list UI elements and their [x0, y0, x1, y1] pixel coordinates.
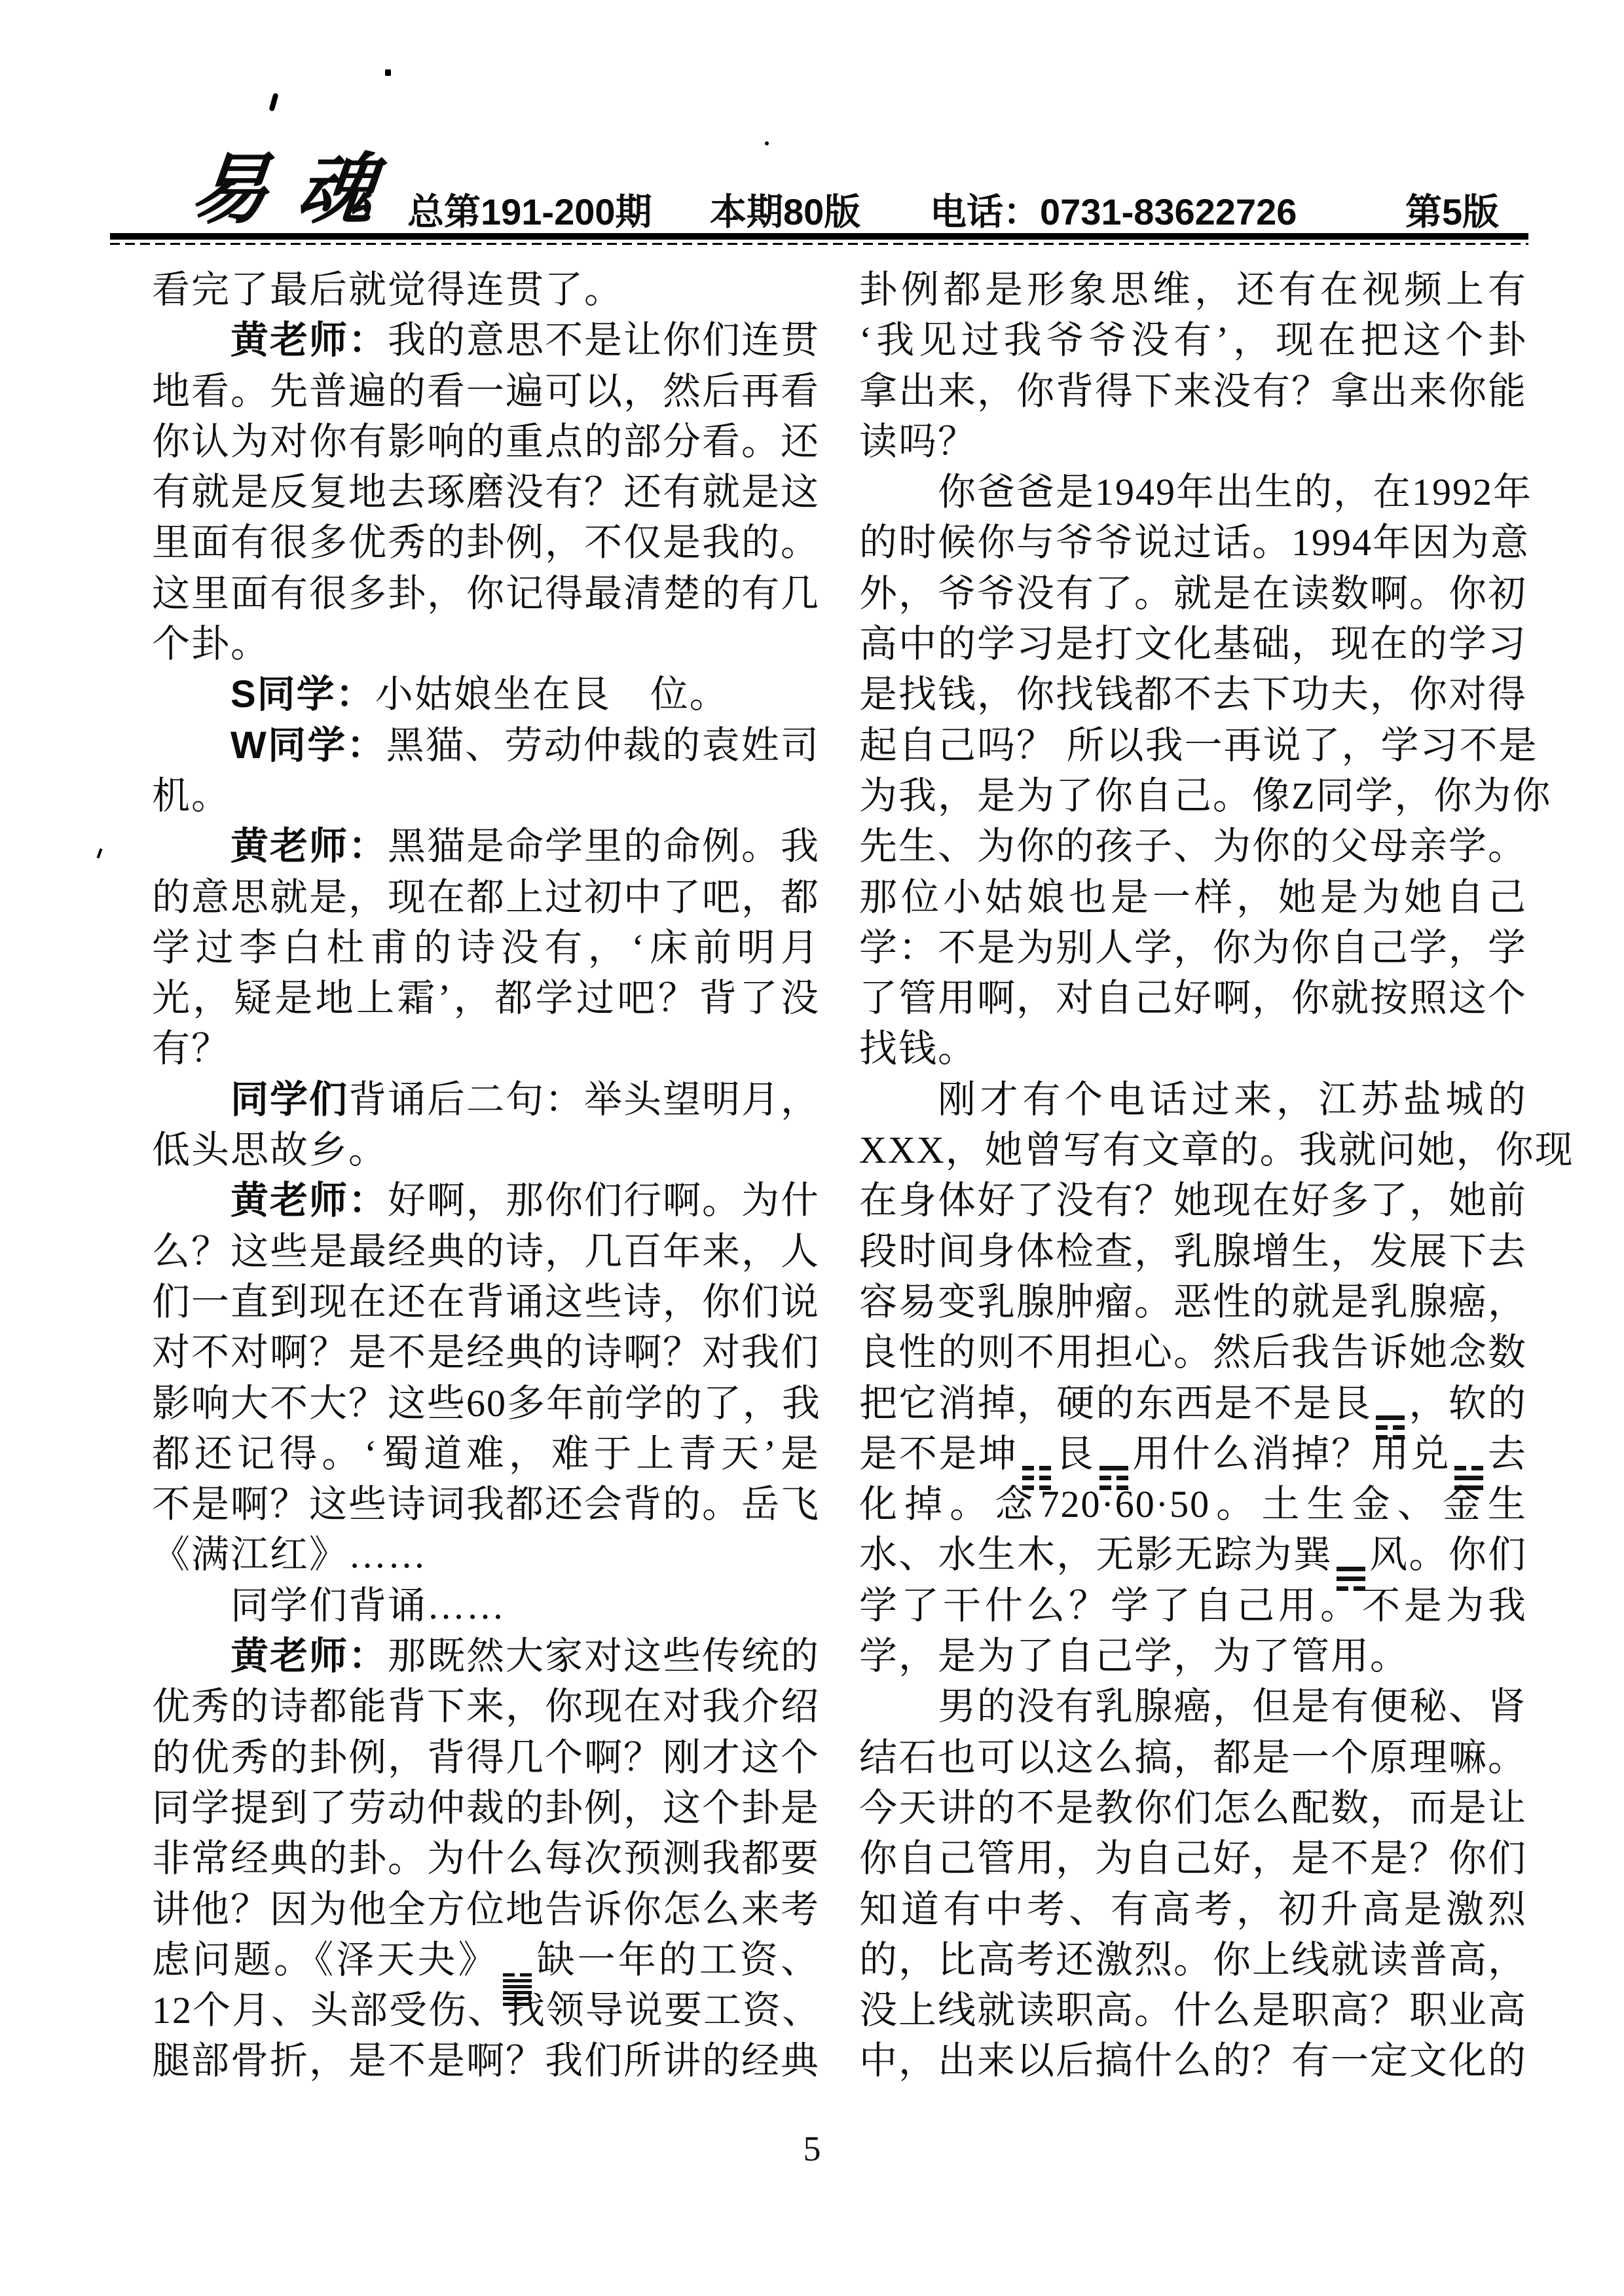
text-line: 今天讲的不是教你们怎么配数，而是让	[859, 1783, 1527, 1833]
speaker-label: 黄老师：	[231, 319, 388, 361]
text-line: 黄老师：好啊，那你们行啊。为什	[152, 1175, 820, 1226]
text-line: 那位小姑娘也是一样，她是为她自己	[859, 872, 1527, 922]
text-line: 你自己管用，为自己好，是不是？你们	[859, 1833, 1527, 1884]
header-rule-thick	[110, 233, 1528, 240]
speaker-label: W同学：	[231, 724, 386, 767]
text-line: 了管用啊，对自己好啊，你就按照这个	[859, 973, 1527, 1023]
header-rule-thin	[110, 243, 1528, 245]
text-line: 同学们背诵后二句：举头望明月，	[152, 1074, 820, 1125]
text-line: 不是啊？这些诗词我都还会背的。岳飞	[152, 1479, 820, 1529]
text-line: 是找钱，你找钱都不去下功夫，你对得	[859, 669, 1527, 720]
text-line: 同学提到了劳动仲裁的卦例，这个卦是	[152, 1783, 820, 1833]
masthead-title: 易魂	[187, 152, 407, 229]
speaker-label: 黄老师：	[231, 1635, 388, 1677]
text-line: 学了干什么？学了自己用。不是为我	[859, 1580, 1527, 1631]
text-line: 讲他？因为他全方位地告诉你怎么来考	[152, 1884, 820, 1935]
speaker-label: 同学们	[231, 1078, 348, 1121]
text-line: 优秀的诗都能背下来，你现在对我介绍	[152, 1681, 820, 1732]
page-label: 第5版	[1405, 194, 1499, 230]
text-line: 虑问题。《泽天夬》缺一年的工资、	[152, 1935, 820, 1985]
speaker-label: S同学：	[231, 673, 375, 716]
text-line: 学：不是为别人学，你为你自己学，学	[859, 922, 1527, 973]
text-line: 看完了最后就觉得连贯了。	[152, 264, 820, 315]
text-line: 同学们背诵……	[152, 1580, 820, 1631]
scan-speck	[268, 92, 278, 111]
text-line: 你认为对你有影响的重点的部分看。还	[152, 416, 820, 467]
text-line: 为我，是为了你自己。像Z同学，你为你	[859, 771, 1527, 821]
text-line: 在身体好了没有？她现在好多了，她前	[859, 1175, 1527, 1226]
text-line: 高中的学习是打文化基础，现在的学习	[859, 619, 1527, 669]
text-line: 的，比高考还激烈。你上线就读普高，	[859, 1935, 1527, 1985]
text-line: 都还记得。‘蜀道难，难于上青天’是	[152, 1429, 820, 1479]
text-line: 影响大不大？这些60多年前学的了，我	[152, 1378, 820, 1429]
text-line: 腿部骨折，是不是啊？我们所讲的经典	[152, 2035, 820, 2086]
text-line: 有就是反复地去琢磨没有？还有就是这	[152, 467, 820, 517]
text-line: 先生、为你的孩子、为你的父母亲学。	[859, 821, 1527, 871]
text-line: 的意思就是，现在都上过初中了吧，都	[152, 872, 820, 922]
text-line: 《满江红》……	[152, 1529, 820, 1580]
scan-speck	[97, 848, 103, 858]
edition-label: 本期80版	[710, 194, 860, 230]
page-number: 5	[0, 2129, 1624, 2168]
text-line: 卦例都是形象思维，还有在视频上有	[859, 264, 1527, 315]
scan-speck	[385, 69, 391, 76]
text-line: 学过李白杜甫的诗没有，‘床前明月	[152, 922, 820, 973]
text-line: 是不是坤艮用什么消掉？用兑去	[859, 1429, 1527, 1479]
text-line: 有？	[152, 1023, 820, 1074]
text-line: 对不对啊？是不是经典的诗啊？对我们	[152, 1327, 820, 1377]
phone-label: 电话：0731-83622726	[930, 194, 1297, 230]
speaker-label: 黄老师：	[231, 825, 388, 867]
text-line: S同学：小姑娘坐在艮 位。	[152, 669, 820, 720]
text-line: 没上线就读职高。什么是职高？职业高	[859, 1985, 1527, 2035]
text-line: 么？这些是最经典的诗，几百年来，人	[152, 1226, 820, 1277]
text-line: 12个月、头部受伤、找领导说要工资、	[152, 1985, 820, 2035]
text-line: XXX，她曾写有文章的。我就问她，你现	[859, 1125, 1527, 1175]
text-line: 结石也可以这么搞，都是一个原理嘛。	[859, 1732, 1527, 1783]
left-column: 看完了最后就觉得连贯了。黄老师：我的意思不是让你们连贯地看。先普遍的看一遍可以，…	[152, 264, 820, 2086]
text-line: 的时候你与爷爷说过话。1994年因为意	[859, 517, 1527, 568]
text-line: 机。	[152, 771, 820, 821]
text-line: 知道有中考、有高考，初升高是激烈	[859, 1884, 1527, 1935]
text-line: 低头思故乡。	[152, 1125, 820, 1175]
right-column: 卦例都是形象思维，还有在视频上有‘我见过我爷爷没有’，现在把这个卦拿出来，你背得…	[859, 264, 1527, 2086]
text-line: 黄老师：我的意思不是让你们连贯	[152, 315, 820, 365]
text-line: 段时间身体检查，乳腺增生，发展下去	[859, 1226, 1527, 1277]
text-line: 里面有很多优秀的卦例，不仅是我的。	[152, 517, 820, 568]
text-line: 容易变乳腺肿瘤。恶性的就是乳腺癌，	[859, 1277, 1527, 1327]
text-line: 起自己吗？ 所以我一再说了，学习不是	[859, 720, 1527, 771]
text-line: 地看。先普遍的看一遍可以，然后再看	[152, 366, 820, 416]
text-line: 化掉。念720·60·50。土生金、金生	[859, 1479, 1527, 1529]
newspaper-page: 易魂 总第191-200期 本期80版 电话：0731-83622726 第5版…	[0, 0, 1624, 2296]
text-line: 把它消掉，硬的东西是不是艮，软的	[859, 1378, 1527, 1429]
text-line: 学，是为了自己学，为了管用。	[859, 1631, 1527, 1681]
text-line: 良性的则不用担心。然后我告诉她念数	[859, 1327, 1527, 1377]
text-line: 们一直到现在还在背诵这些诗，你们说	[152, 1277, 820, 1327]
text-line: 你爸爸是1949年出生的，在1992年	[859, 467, 1527, 517]
speaker-label: 黄老师：	[231, 1179, 388, 1222]
text-line: 找钱。	[859, 1023, 1527, 1074]
text-line: 的优秀的卦例，背得几个啊？刚才这个	[152, 1732, 820, 1783]
text-line: 这里面有很多卦，你记得最清楚的有几	[152, 568, 820, 619]
text-line: 中，出来以后搞什么的？有一定文化的	[859, 2035, 1527, 2086]
text-line: 外，爷爷没有了。就是在读数啊。你初	[859, 568, 1527, 619]
text-line: 读吗？	[859, 416, 1527, 467]
text-line: 刚才有个电话过来，江苏盐城的	[859, 1074, 1527, 1125]
text-line: 非常经典的卦。为什么每次预测我都要	[152, 1833, 820, 1884]
text-line: 水、水生木，无影无踪为巽风。你们	[859, 1529, 1527, 1580]
text-line: 黄老师：黑猫是命学里的命例。我	[152, 821, 820, 871]
text-line: 光，疑是地上霜’，都学过吧？背了没	[152, 973, 820, 1023]
text-line: 个卦。	[152, 619, 820, 669]
scan-speck	[765, 141, 769, 145]
text-line: ‘我见过我爷爷没有’，现在把这个卦	[859, 315, 1527, 365]
text-line: W同学：黑猫、劳动仲裁的袁姓司	[152, 720, 820, 771]
text-line: 黄老师：那既然大家对这些传统的	[152, 1631, 820, 1681]
text-line: 拿出来，你背得下来没有？拿出来你能	[859, 366, 1527, 416]
text-line: 男的没有乳腺癌，但是有便秘、肾	[859, 1681, 1527, 1732]
issue-range-label: 总第191-200期	[407, 194, 652, 230]
